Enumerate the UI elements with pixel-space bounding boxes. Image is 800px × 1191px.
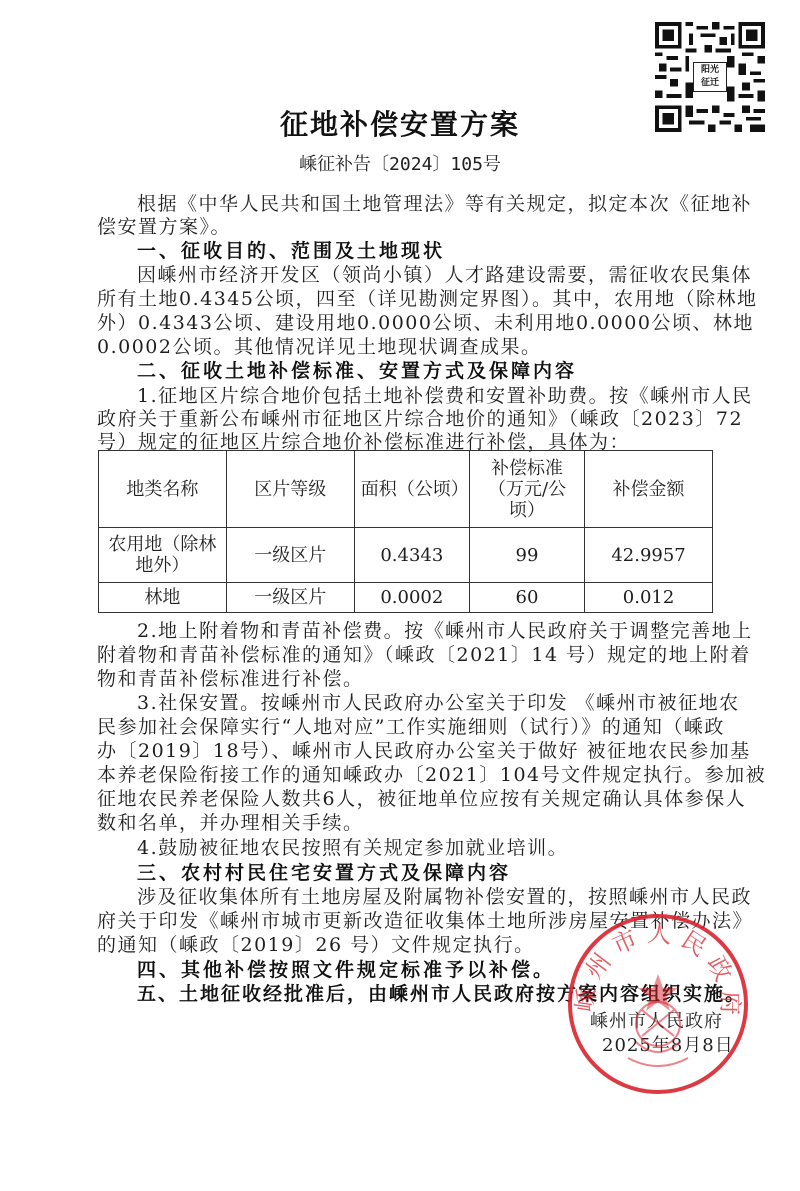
section3-line-1: 涉及征收集体所有土地房屋及附属物补偿安置的，按照嵊州市人民政 <box>137 886 709 909</box>
item2-line-2: 附着物和青苗补偿标准的通知》（嵊政〔2021〕14 号）规定的地上附着 <box>97 644 709 667</box>
item3-line-5: 征地农民养老保险人数共6人，被征地单位应按有关规定确认具体参保人 <box>97 788 709 811</box>
issuer-name: 嵊州市人民政府 <box>590 1007 723 1033</box>
table-header-cell: 补偿金额 <box>585 451 713 528</box>
table-cell-area: 0.4343 <box>354 528 469 583</box>
issue-date: 2025年8月8日 <box>602 1031 734 1057</box>
compensation-table: 地类名称 区片等级 面积（公顷） 补偿标准（万元/公顷） 补偿金额 农用地（除林… <box>98 450 713 613</box>
item1-line-2: 政府关于重新公布嵊州市征地区片综合地价的通知》（嵊政〔2023〕72 <box>97 408 709 431</box>
item2-line-3: 物和青苗补偿标准进行补偿。 <box>97 668 709 691</box>
table-header-cell: 补偿标准（万元/公顷） <box>469 451 584 528</box>
section1-line-2: 所有土地0.4345公顷，四至（详见勘测定界图）。其中，农用地（除林地 <box>97 288 709 311</box>
document-number: 嵊征补告〔2024〕105号 <box>0 150 800 176</box>
table-row: 农用地（除林地外） 一级区片 0.4343 99 42.9957 <box>99 528 713 583</box>
table-cell-land-type: 农用地（除林地外） <box>99 528 227 583</box>
qr-center-label: 阳光 征迁 <box>693 62 727 92</box>
table-cell-standard: 99 <box>469 528 584 583</box>
table-row: 林地 一级区片 0.0002 60 0.012 <box>99 583 713 613</box>
item3-line-2: 民参加社会保障实行“人地对应”工作实施细则（试行）》的通知（嵊政 <box>97 716 709 739</box>
item3-line-6: 数和名单，并办理相关手续。 <box>97 812 709 835</box>
intro-line-1: 根据《中华人民共和国土地管理法》等有关规定，拟定本次《征地补 <box>137 193 709 216</box>
table-cell-zone-grade: 一级区片 <box>226 528 354 583</box>
section1-heading: 一、征收目的、范围及土地现状 <box>137 240 749 263</box>
table-header-row: 地类名称 区片等级 面积（公顷） 补偿标准（万元/公顷） 补偿金额 <box>99 451 713 528</box>
table-header-cell: 面积（公顷） <box>354 451 469 528</box>
item4-line: 4.鼓励被征地农民按照有关规定参加就业培训。 <box>137 837 709 860</box>
section1-line-4: 0.0002公顷。其他情况详见土地现状调查成果。 <box>97 336 709 359</box>
section4-heading: 四、其他补偿按照文件规定标准予以补偿。 <box>137 959 749 982</box>
qr-label-line2: 征迁 <box>694 77 726 90</box>
table-header-cell: 区片等级 <box>226 451 354 528</box>
section3-heading: 三、农村村民住宅安置方式及保障内容 <box>137 862 749 885</box>
intro-line-2: 偿安置方案》。 <box>97 216 709 239</box>
table-header-cell: 地类名称 <box>99 451 227 528</box>
item3-line-3: 办〔2019〕18号）、嵊州市人民政府办公室关于做好 被征地农民参加基 <box>97 740 709 763</box>
item2-line-1: 2.地上附着物和青苗补偿费。按《嵊州市人民政府关于调整完善地上 <box>137 620 709 643</box>
table-cell-zone-grade: 一级区片 <box>226 583 354 613</box>
table-cell-land-type: 林地 <box>99 583 227 613</box>
table-cell-amount: 0.012 <box>585 583 713 613</box>
section1-line-3: 外）0.4343公顷、建设用地0.0000公顷、未利用地0.0000公顷、林地 <box>97 312 709 335</box>
section5-heading: 五、土地征收经批准后，由嵊州市人民政府按方案内容组织实施。 <box>137 983 749 1006</box>
section3-line-3: 的通知（嵊政〔2019〕26 号）文件规定执行。 <box>97 934 709 957</box>
item1-line-1: 1.征地区片综合地价包括土地补偿费和安置补助费。按《嵊州市人民 <box>137 385 709 408</box>
section3-line-2: 府关于印发《嵊州市城市更新改造征收集体土地所涉房屋安置补偿办法》 <box>97 910 709 933</box>
table-cell-area: 0.0002 <box>354 583 469 613</box>
qr-label-line1: 阳光 <box>694 64 726 77</box>
section1-line-1: 因嵊州市经济开发区（领尚小镇）人才路建设需要，需征收农民集体 <box>137 264 709 287</box>
table-cell-standard: 60 <box>469 583 584 613</box>
section2-heading: 二、征收土地补偿标准、安置方式及保障内容 <box>137 360 749 383</box>
item3-line-4: 本养老保险衔接工作的通知嵊政办〔2021〕104号文件规定执行。参加被 <box>97 764 709 787</box>
item3-line-1: 3.社保安置。按嵊州市人民政府办公室关于印发 《嵊州市被征地农 <box>137 692 709 715</box>
document-title: 征地补偿安置方案 <box>0 103 800 143</box>
table-cell-amount: 42.9957 <box>585 528 713 583</box>
